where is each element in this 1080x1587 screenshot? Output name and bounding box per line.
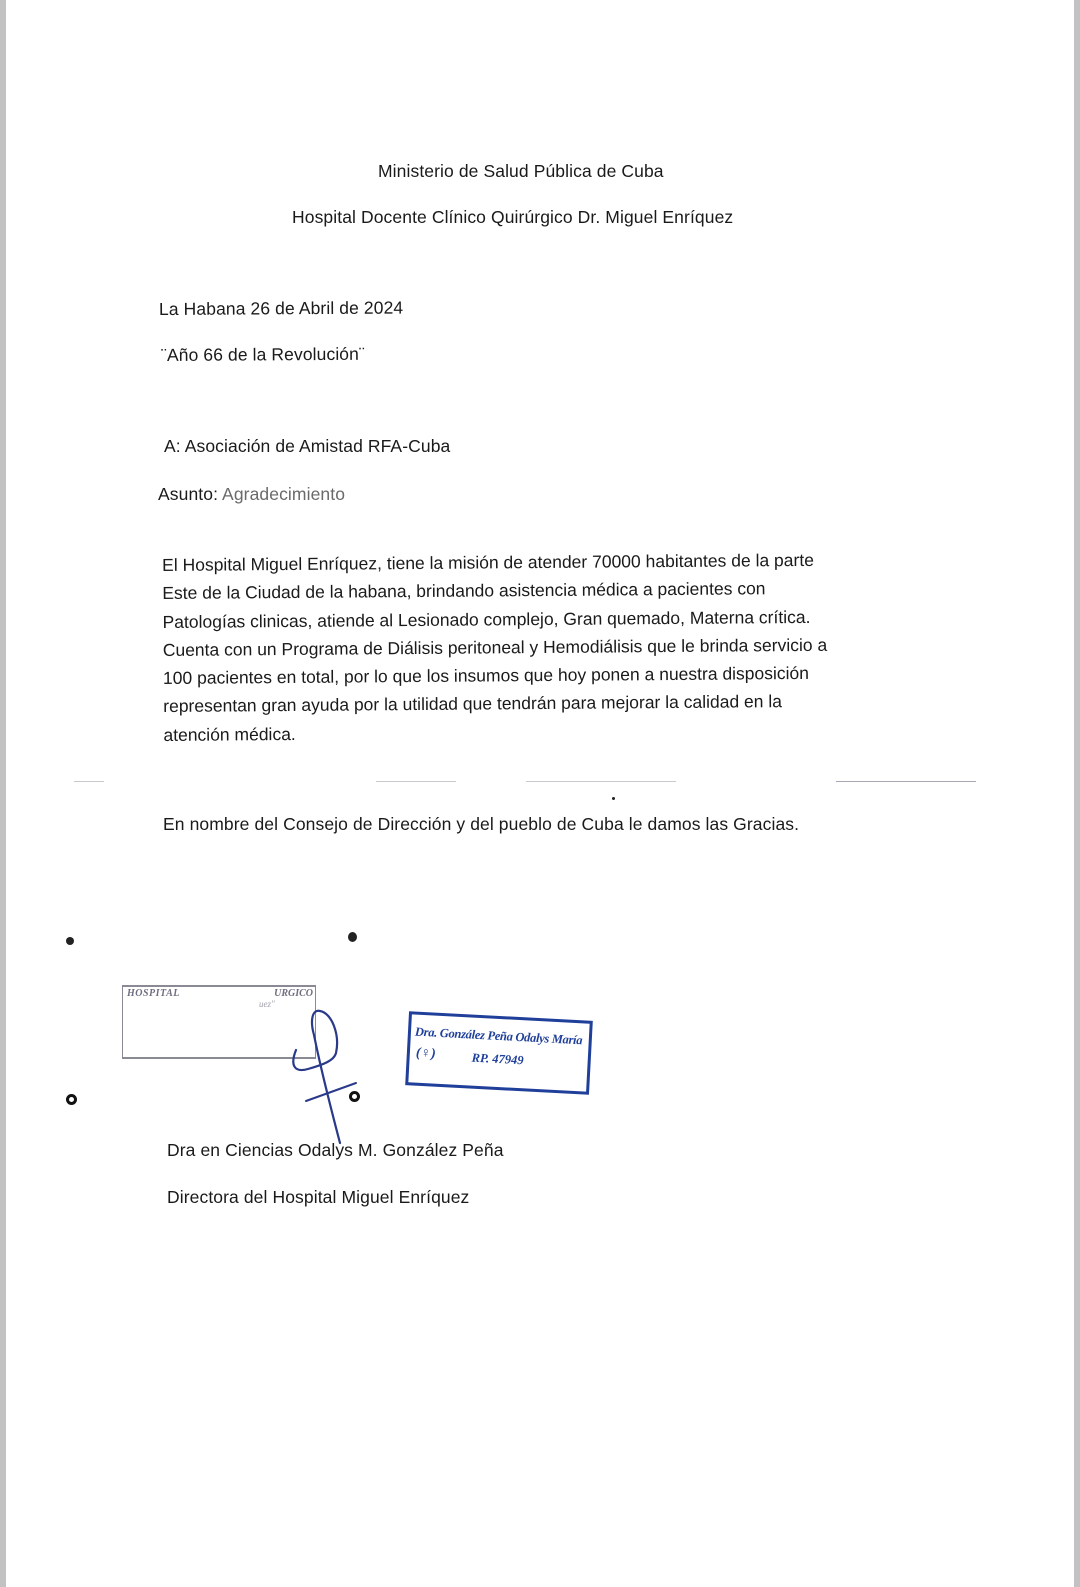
hospital-heading: Hospital Docente Clínico Quirúrgico Dr. … <box>292 206 733 228</box>
subject-line: Asunto: Agradecimiento <box>158 483 345 505</box>
scan-dot <box>612 797 615 800</box>
year-motto: ¨Año 66 de la Revolución¨ <box>161 343 365 366</box>
punch-hole-mark <box>66 937 74 945</box>
scan-artifact <box>74 781 104 782</box>
ministry-heading: Ministerio de Salud Pública de Cuba <box>378 160 664 182</box>
body-line: atención médica. <box>163 715 933 749</box>
scan-artifact <box>526 781 676 782</box>
hospital-stamp-text: uez" <box>259 999 275 1009</box>
place-date: La Habana 26 de Abril de 2024 <box>159 297 403 320</box>
signatory-name: Dra en Ciencias Odalys M. González Peña <box>167 1139 504 1161</box>
medical-emblem-icon: (♀) <box>415 1046 436 1063</box>
subject-label: Asunto: <box>158 484 218 504</box>
recipient: A: Asociación de Amistad RFA-Cuba <box>164 435 450 457</box>
punch-hole-mark <box>348 932 357 942</box>
letter-body: El Hospital Miguel Enríquez, tiene la mi… <box>162 545 934 749</box>
document-page: Ministerio de Salud Pública de Cuba Hosp… <box>6 0 1074 1587</box>
punch-hole-mark <box>66 1094 77 1105</box>
scan-artifact <box>376 781 456 782</box>
hospital-stamp-text: HOSPITAL <box>127 988 180 999</box>
handwritten-signature <box>276 995 386 1145</box>
subject-value: Agradecimiento <box>222 484 345 504</box>
closing-line: En nombre del Consejo de Dirección y del… <box>163 813 799 835</box>
doctor-stamp: Dra. González Peña Odalys María (♀) RP. … <box>405 1011 593 1095</box>
scan-artifact <box>836 781 976 782</box>
doctor-stamp-name: Dra. González Peña Odalys María <box>415 1025 583 1049</box>
doctor-stamp-registration: RP. 47949 <box>471 1051 524 1069</box>
signatory-title: Directora del Hospital Miguel Enríquez <box>167 1186 469 1208</box>
